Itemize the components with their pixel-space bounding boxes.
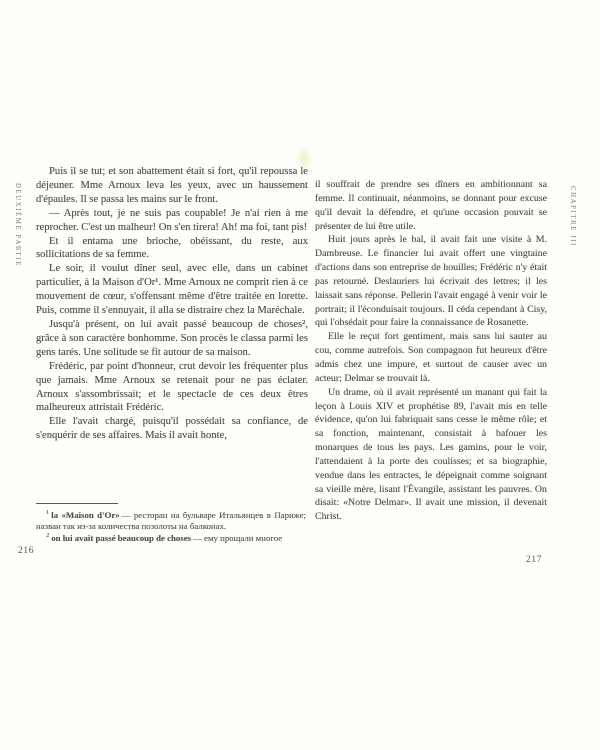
footnote: 2on lui avait passé beaucoup de choses— … bbox=[36, 531, 306, 544]
footnote-separator bbox=[36, 503, 118, 504]
footnote-marker: 1 bbox=[46, 509, 49, 516]
page-number-right: 217 bbox=[526, 555, 542, 565]
running-head-chapter: CHAPITRE III bbox=[569, 186, 576, 247]
paragraph: Frédéric, par point d'honneur, crut devo… bbox=[36, 360, 308, 416]
paragraph: — Après tout, je ne suis pas coupable! J… bbox=[36, 207, 308, 235]
paragraph: il souffrait de prendre ses dîners en am… bbox=[315, 178, 547, 233]
paragraph: Puis il se tut; et son abattement était … bbox=[36, 165, 308, 207]
paragraph: Elle l'avait chargé, puisqu'il possédait… bbox=[36, 415, 308, 443]
footnote-definition: — ему прощали многое bbox=[193, 533, 282, 543]
paragraph: Elle le reçut fort gentiment, mais sans … bbox=[315, 330, 547, 385]
right-page-text: il souffrait de prendre ses dîners en am… bbox=[315, 178, 547, 524]
paragraph: Jusqu'à présent, on lui avait passé beau… bbox=[36, 318, 308, 360]
paragraph: Le soir, il voulut dîner seul, avec elle… bbox=[36, 262, 308, 318]
book-spread: DEUXIÈME PARTIE Puis il se tut; et son a… bbox=[0, 0, 600, 750]
page-number-left: 216 bbox=[18, 546, 34, 556]
paragraph: Un drame, où il avait représenté un mana… bbox=[315, 386, 547, 524]
footnote: 1la «Maison d'Or»— ресторан на бульваре … bbox=[36, 508, 306, 531]
footnotes-block: 1la «Maison d'Or»— ресторан на бульваре … bbox=[36, 508, 306, 544]
running-head-part: DEUXIÈME PARTIE bbox=[14, 183, 21, 267]
footnote-term: on lui avait passé beaucoup de choses bbox=[51, 533, 191, 543]
footnote-term: la «Maison d'Or» bbox=[51, 510, 119, 520]
footnote-marker: 2 bbox=[46, 532, 49, 539]
paragraph: Huit jours après le bal, il avait fait u… bbox=[315, 233, 547, 330]
paragraph: Et il entama une brioche, obéissant, du … bbox=[36, 235, 308, 263]
left-page-text: Puis il se tut; et son abattement était … bbox=[36, 165, 308, 443]
